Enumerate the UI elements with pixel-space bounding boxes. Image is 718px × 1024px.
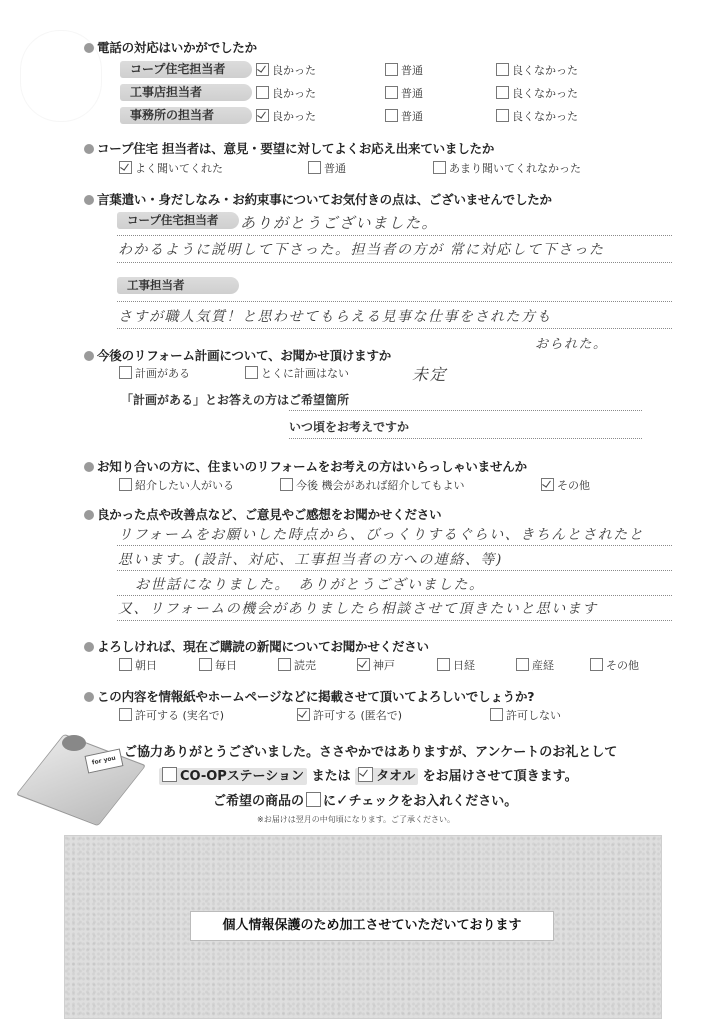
option-label: 良かった bbox=[272, 87, 316, 100]
q5-want-introduce[interactable]: 紹介したい人がいる bbox=[119, 478, 234, 493]
option-label: 毎日 bbox=[215, 659, 237, 672]
checkbox-icon[interactable] bbox=[496, 86, 509, 99]
q3-coop-answer-line1: ありがとうございました。 bbox=[240, 212, 438, 233]
gift-option-towel[interactable]: タオル bbox=[355, 768, 418, 785]
bullet-icon bbox=[84, 43, 94, 53]
q2-question-text: コープ住宅 担当者は、意見・要望に対してよくお応え出来ていましたか bbox=[97, 141, 494, 156]
option-label: その他 bbox=[557, 479, 590, 492]
checkbox-icon[interactable] bbox=[119, 366, 132, 379]
checkbox-checked-icon[interactable] bbox=[256, 109, 269, 122]
checkbox-checked-icon[interactable] bbox=[119, 161, 132, 174]
q3-contractor-label: 工事担当者 bbox=[117, 277, 239, 294]
checkbox-icon[interactable] bbox=[590, 658, 603, 671]
q3-coop-answer-line2: わかるように説明して下さった。担当者の方が 常に対応して下さった bbox=[118, 239, 604, 259]
checkbox-icon[interactable] bbox=[308, 161, 321, 174]
q1-office-normal[interactable]: 普通 bbox=[385, 109, 423, 124]
q5-question-text: お知り合いの方に、住まいのリフォームをお考えの方はいらっしゃいませんか bbox=[97, 459, 527, 474]
line3-mid: に bbox=[323, 794, 336, 809]
bullet-icon bbox=[84, 195, 94, 205]
bullet-icon bbox=[84, 462, 94, 472]
thanks-line3: ご希望の商品のに✓チェックをお入れください。 bbox=[213, 790, 517, 809]
q1-office-bad[interactable]: 良くなかった bbox=[496, 109, 578, 124]
gift2-label: タオル bbox=[376, 769, 415, 784]
option-label: 今後 機会があれば紹介してもよい bbox=[296, 479, 465, 492]
option-label: あまり聞いてくれなかった bbox=[449, 162, 581, 175]
option-label: 計画がある bbox=[135, 367, 190, 380]
q7-other[interactable]: その他 bbox=[590, 658, 639, 673]
checkbox-icon[interactable] bbox=[496, 63, 509, 76]
q4-no-plan[interactable]: とくに計画はない bbox=[245, 366, 349, 381]
q6-answer-line1: リフォームをお願いした時点から、びっくりするぐらい、きちんとされたと bbox=[118, 524, 644, 544]
q8-question-text: この内容を情報紙やホームページなどに掲載させて頂いてよろしいでしょうか? bbox=[97, 689, 534, 704]
q1-contractor-bad[interactable]: 良くなかった bbox=[496, 86, 578, 101]
answer-line bbox=[117, 235, 672, 236]
q4-followup-prefix: 「計画がある」とお答えの方は bbox=[121, 391, 289, 408]
answer-line bbox=[117, 595, 672, 596]
option-label: 普通 bbox=[324, 162, 346, 175]
option-label: 良くなかった bbox=[512, 87, 578, 100]
checkbox-example-icon bbox=[306, 792, 321, 807]
bullet-icon bbox=[84, 510, 94, 520]
answer-line bbox=[117, 545, 672, 546]
q1-row-coop-label: コープ住宅担当者 bbox=[120, 61, 252, 78]
q5-other[interactable]: その他 bbox=[541, 478, 590, 493]
option-label: 朝日 bbox=[135, 659, 157, 672]
option-label: 良くなかった bbox=[512, 64, 578, 77]
q7-kobe[interactable]: 神戸 bbox=[357, 658, 395, 673]
answer-line bbox=[117, 570, 672, 571]
checkbox-checked-icon[interactable] bbox=[297, 708, 310, 721]
q4-handwritten-note: 未定 bbox=[412, 362, 447, 385]
q4-question-text: 今後のリフォーム計画について、お聞かせ頂けますか bbox=[97, 348, 391, 363]
answer-line bbox=[117, 620, 672, 621]
q1-coop-bad[interactable]: 良くなかった bbox=[496, 63, 578, 78]
q1-contractor-good[interactable]: 良かった bbox=[256, 86, 316, 101]
q2-question: コープ住宅 担当者は、意見・要望に対してよくお応え出来ていましたか bbox=[84, 139, 494, 157]
q3-contractor-answer-line1: さすが職人気質！と思わせてもらえる見事な仕事をされた方も bbox=[118, 306, 552, 326]
connector-text: または bbox=[312, 769, 351, 784]
option-label: 良くなかった bbox=[512, 110, 578, 123]
line3-prefix: ご希望の商品の bbox=[213, 794, 304, 809]
checkbox-icon[interactable] bbox=[433, 161, 446, 174]
checkbox-checked-icon[interactable] bbox=[358, 767, 373, 782]
checkbox-icon[interactable] bbox=[119, 708, 132, 721]
checkbox-icon[interactable] bbox=[245, 366, 258, 379]
q8-allow-realname[interactable]: 許可する (実名で) bbox=[119, 708, 224, 723]
q2-listened-well[interactable]: よく聞いてくれた bbox=[119, 161, 223, 176]
checkmark-icon: ✓ bbox=[336, 791, 349, 809]
option-label: 許可しない bbox=[506, 709, 561, 722]
checkbox-icon[interactable] bbox=[119, 478, 132, 491]
q7-question: よろしければ、現在ご購読の新聞についてお聞かせください bbox=[84, 637, 429, 655]
bullet-icon bbox=[84, 351, 94, 361]
q1-question-text: 電話の対応はいかがでしたか bbox=[97, 40, 257, 55]
option-label: 良かった bbox=[272, 110, 316, 123]
bullet-icon bbox=[84, 692, 94, 702]
checkbox-icon[interactable] bbox=[119, 658, 132, 671]
q4-question: 今後のリフォーム計画について、お聞かせ頂けますか bbox=[84, 346, 391, 364]
q4-time-label: いつ頃をお考えですか bbox=[289, 418, 409, 435]
q1-row-contractor-label: 工事店担当者 bbox=[120, 84, 252, 101]
bullet-icon bbox=[84, 144, 94, 154]
checkbox-checked-icon[interactable] bbox=[357, 658, 370, 671]
place-answer-line[interactable] bbox=[289, 410, 642, 411]
checkbox-icon[interactable] bbox=[385, 63, 398, 76]
q6-question-text: 良かった点や改善点など、ご意見やご感想をお聞かせください bbox=[97, 507, 441, 522]
q3-coop-label: コープ住宅担当者 bbox=[117, 212, 239, 229]
time-answer-line[interactable] bbox=[289, 438, 642, 439]
privacy-notice: 個人情報保護のため加工させていただいております bbox=[190, 911, 554, 941]
checkbox-icon[interactable] bbox=[496, 109, 509, 122]
q2-not-listened[interactable]: あまり聞いてくれなかった bbox=[433, 161, 581, 176]
checkbox-icon[interactable] bbox=[199, 658, 212, 671]
q7-question-text: よろしければ、現在ご購読の新聞についてお聞かせください bbox=[97, 639, 429, 654]
q1-contractor-normal[interactable]: 普通 bbox=[385, 86, 423, 101]
option-label: 産経 bbox=[532, 659, 554, 672]
q3-contractor-answer-line2: おられた。 bbox=[535, 333, 608, 352]
option-label: 紹介したい人がいる bbox=[135, 479, 234, 492]
option-label: 許可する (実名で) bbox=[135, 709, 224, 722]
q8-deny[interactable]: 許可しない bbox=[490, 708, 561, 723]
q7-yomiuri[interactable]: 読売 bbox=[278, 658, 316, 673]
option-label: 神戸 bbox=[373, 659, 395, 672]
checkbox-icon[interactable] bbox=[385, 86, 398, 99]
q5-maybe-introduce[interactable]: 今後 機会があれば紹介してもよい bbox=[280, 478, 465, 493]
option-label: 読売 bbox=[294, 659, 316, 672]
checkbox-checked-icon[interactable] bbox=[256, 63, 269, 76]
q8-allow-anonymous[interactable]: 許可する (匿名で) bbox=[297, 708, 402, 723]
checkbox-icon[interactable] bbox=[490, 708, 503, 721]
q4-place-label: ご希望箇所 bbox=[289, 391, 349, 408]
option-label: 普通 bbox=[401, 87, 423, 100]
q1-question: 電話の対応はいかがでしたか bbox=[84, 38, 257, 56]
checkbox-icon[interactable] bbox=[280, 478, 293, 491]
q1-coop-good[interactable]: 良かった bbox=[256, 63, 316, 78]
q1-coop-normal[interactable]: 普通 bbox=[385, 63, 423, 78]
checkbox-icon[interactable] bbox=[516, 658, 529, 671]
answer-line bbox=[117, 301, 672, 302]
q8-question: この内容を情報紙やホームページなどに掲載させて頂いてよろしいでしょうか? bbox=[84, 687, 534, 705]
option-label: 普通 bbox=[401, 110, 423, 123]
option-label: その他 bbox=[606, 659, 639, 672]
q6-question: 良かった点や改善点など、ご意見やご感想をお聞かせください bbox=[84, 505, 441, 523]
thanks-line1: ご協力ありがとうございました。ささやかではありますが、アンケートのお礼として bbox=[124, 741, 617, 760]
gift1-label: CO-OPステーション bbox=[180, 769, 304, 784]
delivery-note: ※お届けは翌月の中旬頃になります。ご了承ください。 bbox=[257, 814, 455, 825]
checkbox-checked-icon[interactable] bbox=[541, 478, 554, 491]
q6-answer-line4: 又、リフォームの機会がありましたら相談させて頂きたいと思います bbox=[118, 598, 598, 618]
q7-nikkei[interactable]: 日経 bbox=[437, 658, 475, 673]
q6-answer-line2: 思います。(設計、対応、工事担当者の方への連絡、等) bbox=[118, 549, 503, 569]
answer-line bbox=[117, 328, 672, 329]
q7-sankei[interactable]: 産経 bbox=[516, 658, 554, 673]
q7-mainichi[interactable]: 毎日 bbox=[199, 658, 237, 673]
q4-has-plan[interactable]: 計画がある bbox=[119, 366, 190, 381]
q1-row-office-label: 事務所の担当者 bbox=[120, 107, 252, 124]
gift-option-coop-station[interactable]: CO-OPステーション bbox=[159, 768, 307, 785]
q2-normal[interactable]: 普通 bbox=[308, 161, 346, 176]
thanks-line2-suffix: をお届けさせて頂きます。 bbox=[423, 769, 578, 784]
checkbox-icon[interactable] bbox=[385, 109, 398, 122]
q3-question-text: 言葉遣い・身だしなみ・お約束事についてお気付きの点は、ございませんでしたか bbox=[97, 192, 552, 207]
thanks-line2: CO-OPステーション または タオル をお届けさせて頂きます。 bbox=[159, 765, 578, 784]
line3-suffix: チェックをお入れください。 bbox=[349, 794, 518, 809]
q5-question: お知り合いの方に、住まいのリフォームをお考えの方はいらっしゃいませんか bbox=[84, 457, 527, 475]
option-label: よく聞いてくれた bbox=[135, 162, 223, 175]
q3-question: 言葉遣い・身だしなみ・お約束事についてお気付きの点は、ございませんでしたか bbox=[84, 190, 552, 208]
bullet-icon bbox=[84, 642, 94, 652]
option-label: 許可する (匿名で) bbox=[313, 709, 402, 722]
checkbox-icon[interactable] bbox=[162, 767, 177, 782]
q6-answer-line3: お世話になりました。 ありがとうございました。 bbox=[135, 574, 485, 594]
q1-office-good[interactable]: 良かった bbox=[256, 109, 316, 124]
checkbox-icon[interactable] bbox=[278, 658, 291, 671]
answer-line bbox=[117, 262, 672, 263]
checkbox-icon[interactable] bbox=[437, 658, 450, 671]
gift-bow-icon bbox=[62, 735, 86, 751]
option-label: とくに計画はない bbox=[261, 367, 349, 380]
option-label: 良かった bbox=[272, 64, 316, 77]
option-label: 普通 bbox=[401, 64, 423, 77]
option-label: 日経 bbox=[453, 659, 475, 672]
q7-asahi[interactable]: 朝日 bbox=[119, 658, 157, 673]
checkbox-icon[interactable] bbox=[256, 86, 269, 99]
